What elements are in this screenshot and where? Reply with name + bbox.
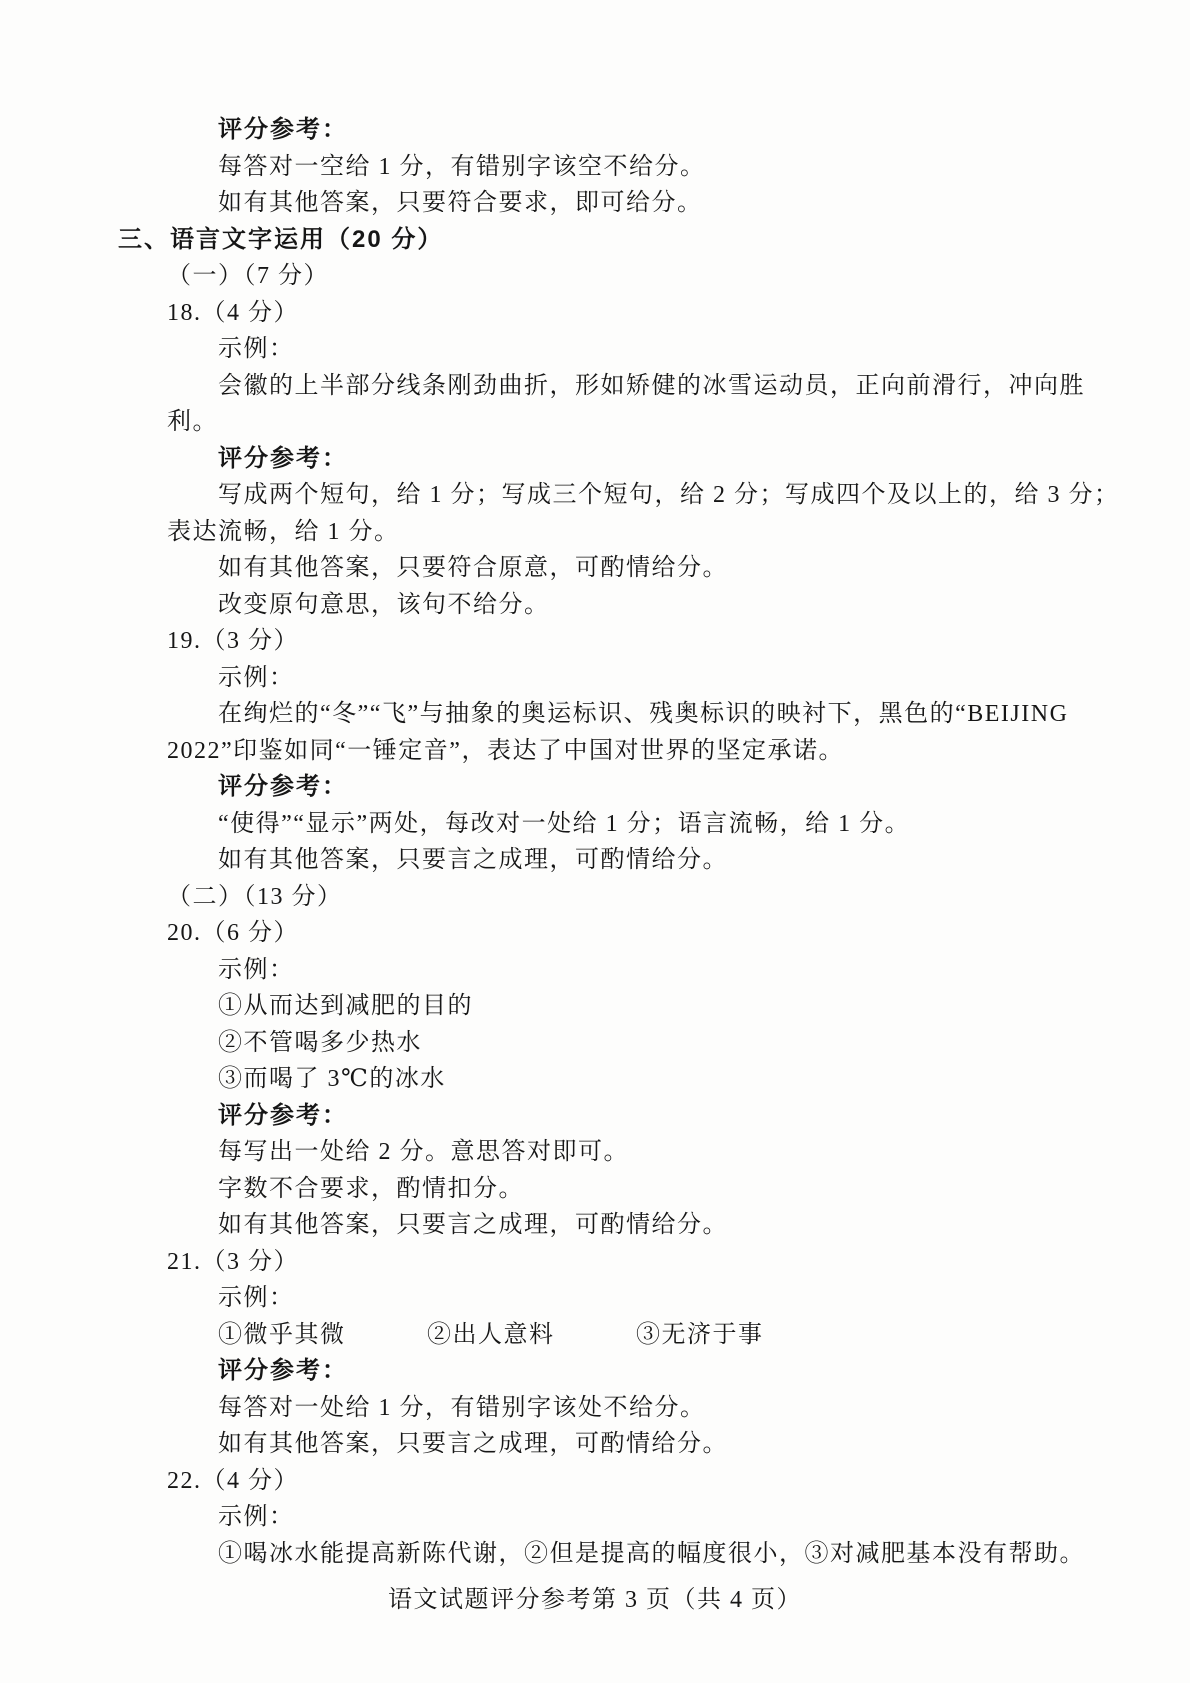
- example-label: 示例：: [0, 1280, 1190, 1317]
- answer-item: ③无济于事: [636, 1317, 764, 1354]
- question-number: 18.（4 分）: [0, 295, 1190, 332]
- example-line: ①喝冰水能提高新陈代谢，②但是提高的幅度很小，③对减肥基本没有帮助。: [0, 1536, 1190, 1573]
- example-label: 示例：: [0, 331, 1190, 368]
- example-line: ①从而达到减肥的目的: [0, 988, 1190, 1025]
- section-heading: 三、语言文字运用（20 分）: [0, 222, 1190, 259]
- example-line: ③而喝了 3℃的冰水: [0, 1061, 1190, 1098]
- scoring-rule: 如有其他答案，只要符合要求，即可给分。: [0, 185, 1190, 222]
- scoring-rule: 改变原句意思，该句不给分。: [0, 587, 1190, 624]
- scoring-rule: 每答对一空给 1 分，有错别字该空不给分。: [0, 149, 1190, 186]
- example-line-wrap: 利。: [0, 404, 1190, 441]
- question-number: 20.（6 分）: [0, 915, 1190, 952]
- example-label: 示例：: [0, 1499, 1190, 1536]
- scoring-rule: “使得”“显示”两处，每改对一处给 1 分；语言流畅，给 1 分。: [0, 806, 1190, 843]
- example-label: 示例：: [0, 952, 1190, 989]
- scoring-rule: 如有其他答案，只要言之成理，可酌情给分。: [0, 842, 1190, 879]
- answer-item: ②出人意料: [427, 1317, 555, 1354]
- scoring-ref-heading: 评分参考：: [0, 441, 1190, 478]
- example-line: ②不管喝多少热水: [0, 1025, 1190, 1062]
- scoring-rule: 字数不合要求，酌情扣分。: [0, 1171, 1190, 1208]
- page-footer: 语文试题评分参考第 3 页（共 4 页）: [0, 1582, 1190, 1619]
- part-label: （二）（13 分）: [0, 879, 1190, 916]
- scoring-rule: 如有其他答案，只要符合原意，可酌情给分。: [0, 550, 1190, 587]
- scoring-rule-wrap: 表达流畅，给 1 分。: [0, 514, 1190, 551]
- question-number: 22.（4 分）: [0, 1463, 1190, 1500]
- scoring-rule: 每答对一处给 1 分，有错别字该处不给分。: [0, 1390, 1190, 1427]
- scoring-ref-heading: 评分参考：: [0, 769, 1190, 806]
- part-label: （一）（7 分）: [0, 258, 1190, 295]
- page-content: 评分参考： 每答对一空给 1 分，有错别字该空不给分。 如有其他答案，只要符合要…: [0, 112, 1190, 1572]
- question-number: 21.（3 分）: [0, 1244, 1190, 1281]
- example-line: 在绚烂的“冬”“飞”与抽象的奥运标识、残奥标识的映衬下，黑色的“BEIJING: [0, 696, 1190, 733]
- scoring-ref-heading: 评分参考：: [0, 112, 1190, 149]
- example-label: 示例：: [0, 660, 1190, 697]
- example-line: 会徽的上半部分线条刚劲曲折，形如矫健的冰雪运动员，正向前滑行，冲向胜: [0, 368, 1190, 405]
- scoring-rule: 如有其他答案，只要言之成理，可酌情给分。: [0, 1426, 1190, 1463]
- scoring-ref-heading: 评分参考：: [0, 1353, 1190, 1390]
- answer-idioms-line: ①微乎其微 ②出人意料 ③无济于事: [0, 1317, 1190, 1354]
- scoring-ref-heading: 评分参考：: [0, 1098, 1190, 1135]
- scoring-rule: 写成两个短句，给 1 分；写成三个短句，给 2 分；写成四个及以上的，给 3 分…: [0, 477, 1190, 514]
- example-line-wrap: 2022”印鉴如同“一锤定音”，表达了中国对世界的坚定承诺。: [0, 733, 1190, 770]
- question-number: 19.（3 分）: [0, 623, 1190, 660]
- answer-item: ①微乎其微: [218, 1317, 346, 1354]
- answer-key-page: 评分参考： 每答对一空给 1 分，有错别字该空不给分。 如有其他答案，只要符合要…: [0, 0, 1190, 1683]
- scoring-rule: 每写出一处给 2 分。意思答对即可。: [0, 1134, 1190, 1171]
- scoring-rule: 如有其他答案，只要言之成理，可酌情给分。: [0, 1207, 1190, 1244]
